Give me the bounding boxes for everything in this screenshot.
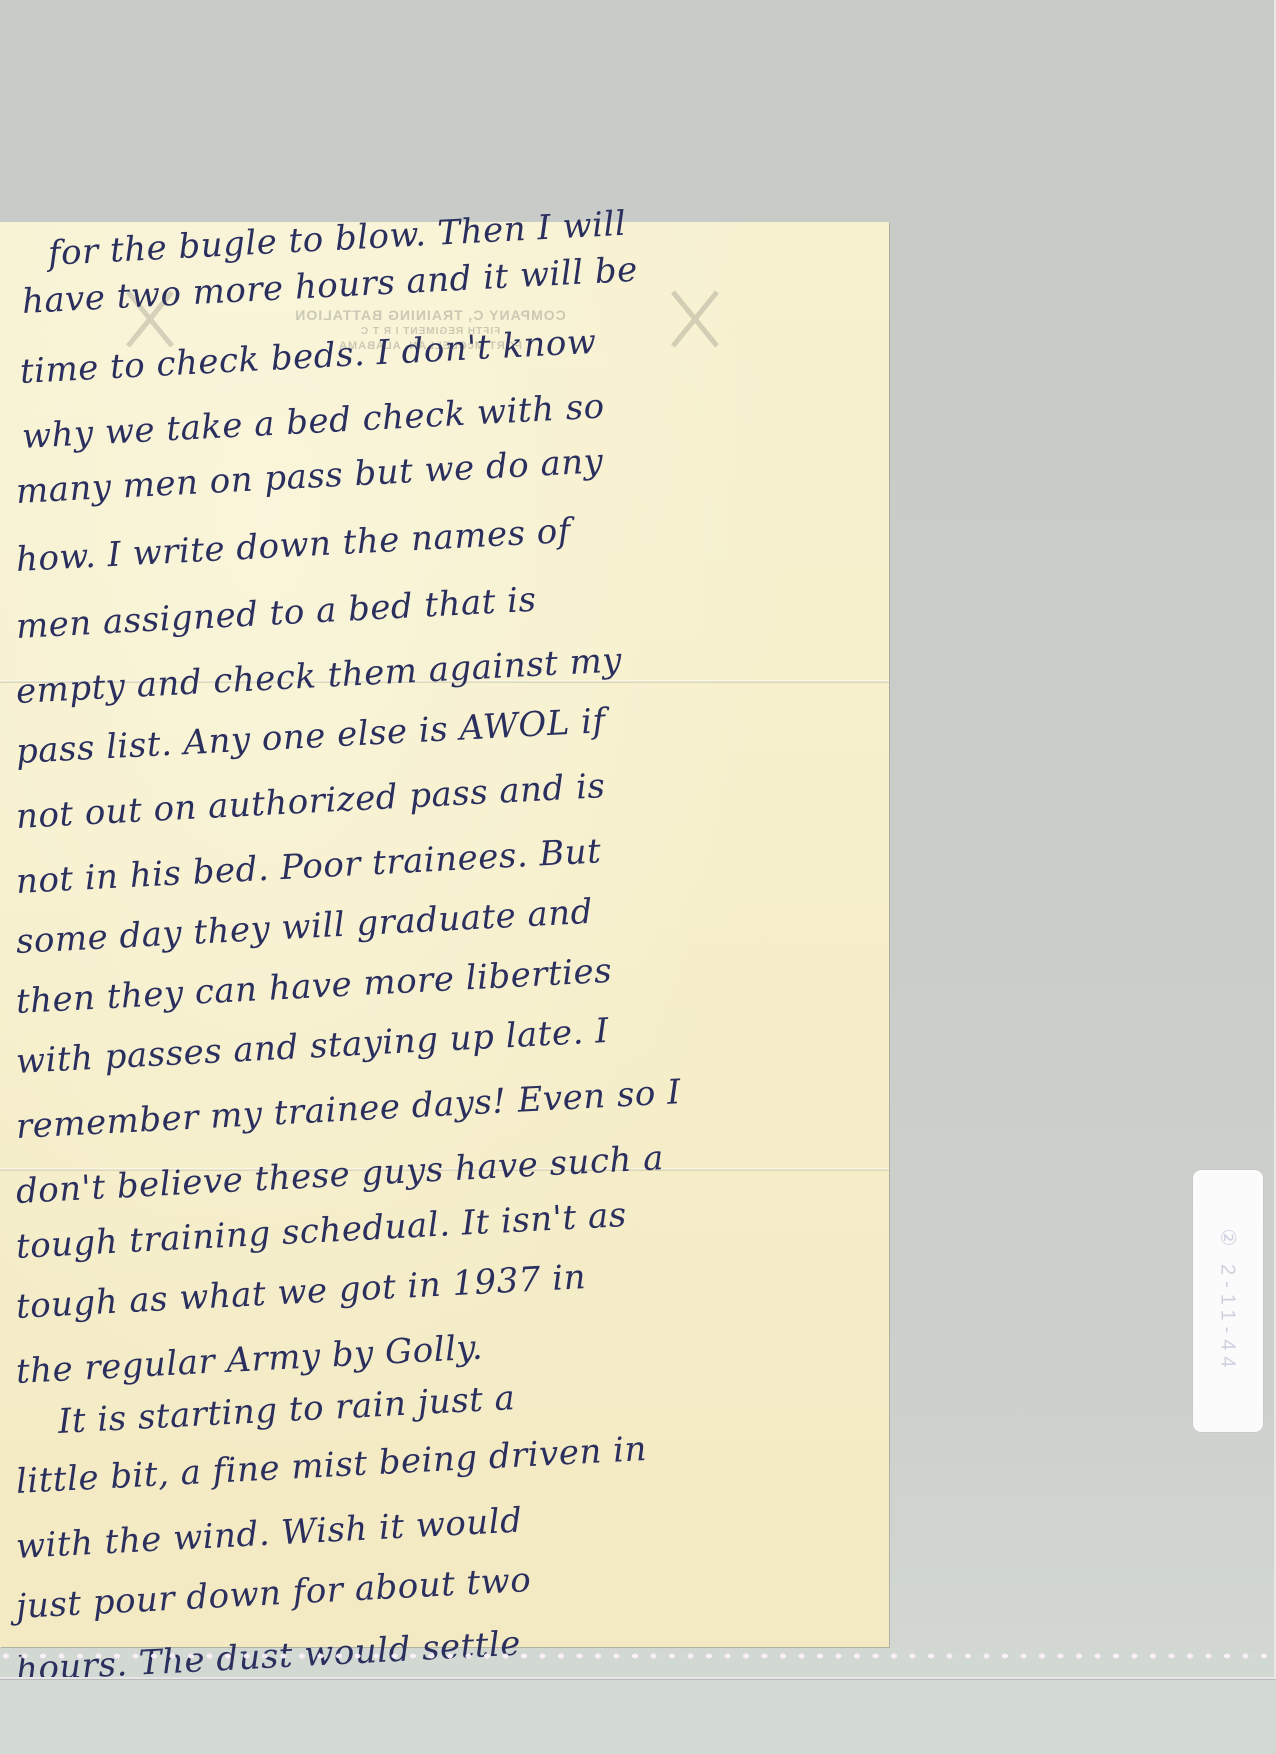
sleeve-lower-area bbox=[0, 1680, 1276, 1754]
handwritten-line: not in his bed. Poor trainees. But bbox=[15, 831, 602, 902]
handwritten-line: pass list. Any one else is AWOL if bbox=[15, 701, 607, 772]
archival-label-text: ② 2-11-44 bbox=[1216, 1229, 1241, 1374]
handwritten-line: little bit, a fine mist being driven in bbox=[15, 1429, 648, 1502]
handwritten-line: not out on authorized pass and is bbox=[15, 766, 606, 837]
handwritten-line: remember my trainee days! Even so I bbox=[15, 1072, 682, 1147]
handwritten-line: some day they will graduate and bbox=[15, 892, 594, 962]
handwritten-line: It is starting to rain just a bbox=[57, 1378, 516, 1442]
letter-page: COMPANY C, TRAINING BATTALION FIFTH REGI… bbox=[0, 222, 889, 1647]
handwritten-line: time to check beds. I don't know bbox=[19, 322, 597, 392]
handwritten-line: how. I write down the names of bbox=[15, 511, 572, 580]
handwritten-line: empty and check them against my bbox=[15, 640, 623, 712]
handwritten-line: then they can have more liberties bbox=[15, 951, 613, 1022]
handwritten-line: tough as what we got in 1937 in bbox=[15, 1257, 587, 1327]
handwritten-line: men assigned to a bed that is bbox=[15, 580, 537, 647]
sleeve-perforation bbox=[0, 1650, 1276, 1662]
handwritten-text: for the bugle to blow. Then I will have … bbox=[0, 222, 889, 1647]
handwritten-line: with the wind. Wish it would bbox=[15, 1500, 523, 1566]
archival-label: ② 2-11-44 bbox=[1193, 1170, 1263, 1432]
handwritten-line: with passes and staying up late. I bbox=[15, 1011, 610, 1082]
handwritten-line: just pour down for about two bbox=[15, 1560, 532, 1627]
